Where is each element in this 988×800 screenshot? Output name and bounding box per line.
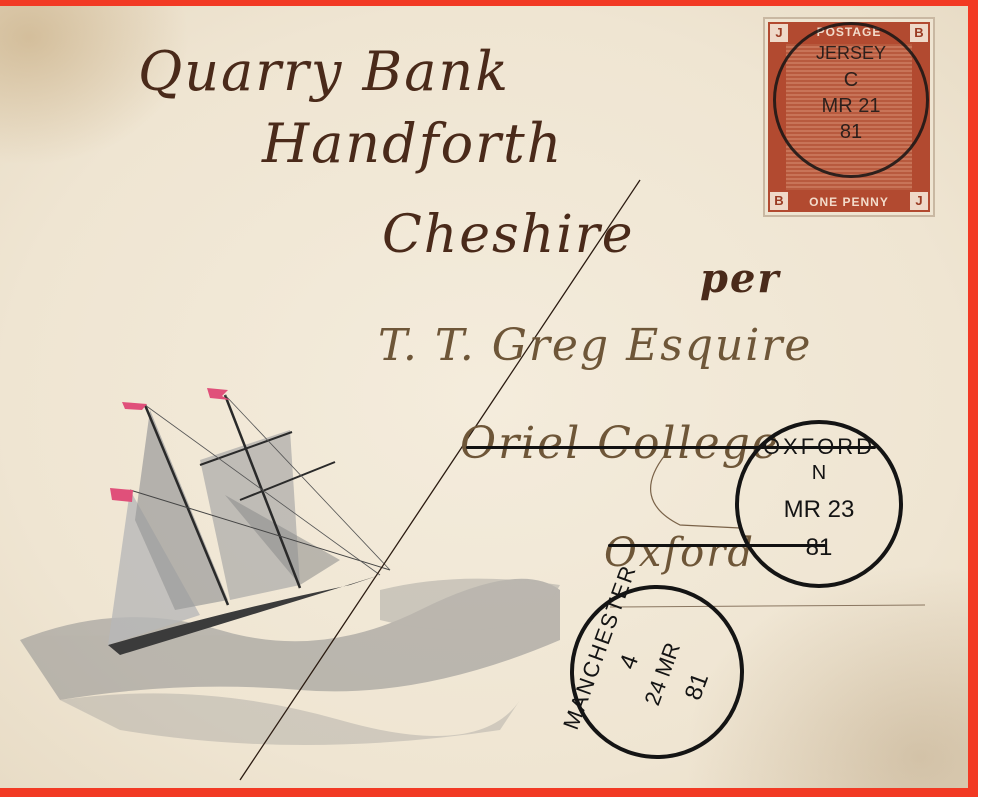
stamp-cancel-postmark: JERSEY C MR 21 81	[773, 22, 929, 178]
corner-letter: B	[770, 192, 788, 210]
cancel-code: C	[776, 69, 926, 92]
struck-address-college: Oriel College	[460, 418, 780, 469]
postmark-code: N	[739, 462, 899, 485]
stamp-bottom-label: ONE PENNY	[788, 195, 910, 209]
cancel-date: MR 21	[776, 95, 926, 118]
address-line-1: Quarry Bank	[138, 40, 510, 103]
cancel-place: JERSEY	[776, 43, 926, 64]
postmark-year: 81	[739, 534, 899, 562]
corner-letter: J	[770, 24, 788, 42]
corner-letter: B	[910, 24, 928, 42]
address-line-2: Handforth	[262, 112, 563, 175]
oxford-postmark: OXFORD N MR 23 81	[735, 420, 903, 588]
postmark-date: MR 23	[739, 496, 899, 524]
cancel-year: 81	[776, 121, 926, 144]
redirect-per-mark: per	[700, 255, 781, 302]
address-line-3: Cheshire	[382, 205, 635, 265]
addressee-name: T. T. Greg Esquire	[378, 320, 812, 371]
corner-letter: J	[910, 192, 928, 210]
postmark-place: OXFORD	[739, 434, 899, 460]
